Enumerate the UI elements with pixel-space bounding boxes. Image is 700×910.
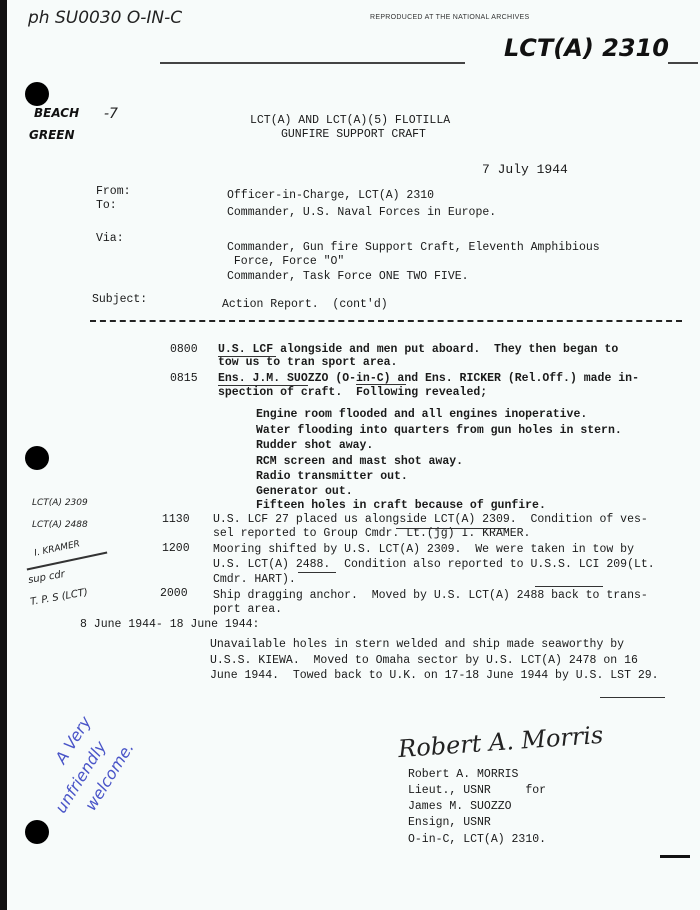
- entry-line: Ens. J.M. SUOZZO (O-in-C) and Ens. RICKE…: [218, 372, 639, 385]
- entry-line: spection of craft. Following revealed;: [218, 386, 487, 399]
- punch-hole-middle: [25, 446, 49, 470]
- entry-line: U.S. LCT(A) 2488. Condition also reporte…: [213, 558, 655, 571]
- finding-line: RCM screen and mast shot away.: [256, 455, 463, 468]
- underline-mark: [600, 697, 665, 698]
- underline-mark: [218, 385, 308, 386]
- underline-mark: [218, 356, 276, 357]
- punch-hole-top: [25, 82, 49, 106]
- period-line: June 1944. Towed back to U.K. on 17-18 J…: [210, 669, 659, 682]
- signature-line: James M. SUOZZO: [408, 800, 512, 813]
- via-line-3: Commander, Task Force ONE TWO FIVE.: [227, 270, 469, 283]
- signature-scrawl: Robert A. Morris: [397, 721, 604, 763]
- entry-line: Cmdr. HART).: [213, 573, 296, 586]
- period-line: U.S.S. KIEWA. Moved to Omaha sector by U…: [210, 654, 638, 667]
- margin-note: T. P. S (LCT): [29, 587, 88, 608]
- period-range: 8 June 1944- 18 June 1944:: [80, 618, 259, 631]
- finding-line: Generator out.: [256, 485, 353, 498]
- via-line-2: Force, Force "O": [227, 255, 344, 268]
- punch-hole-bottom: [25, 820, 49, 844]
- from-label: From:: [96, 185, 131, 198]
- margin-note-topleft: ph SU0030 O-IN-C: [28, 8, 182, 28]
- vessel-id-handwritten: LCT(A) 2310: [504, 34, 669, 62]
- entry-time: 1130: [162, 513, 190, 526]
- document-date: 7 July 1944: [482, 163, 568, 176]
- underline-mark: [356, 384, 406, 385]
- to-value: Commander, U.S. Naval Forces in Europe.: [227, 206, 496, 219]
- entry-time: 2000: [160, 587, 188, 600]
- top-rule-right: [668, 62, 698, 64]
- entry-time: 0815: [170, 372, 198, 385]
- finding-line: Engine room flooded and all engines inop…: [256, 408, 587, 421]
- underline-mark: [396, 528, 506, 529]
- entry-line: U.S. LCF 27 placed us alongside LCT(A) 2…: [213, 513, 648, 526]
- underline-mark: [535, 586, 603, 587]
- signature-line: Robert A. MORRIS: [408, 768, 518, 781]
- signature-line: O-in-C, LCT(A) 2310.: [408, 833, 546, 846]
- scan-border: [0, 0, 7, 910]
- entry-line: Mooring shifted by U.S. LCT(A) 2309. We …: [213, 543, 634, 556]
- beach-code: -7: [104, 106, 118, 122]
- margin-note: I. KRAMER: [33, 539, 80, 558]
- underline-mark: [298, 572, 336, 573]
- finding-line: Rudder shot away.: [256, 439, 373, 452]
- via-label: Via:: [96, 232, 124, 245]
- from-value: Officer-in-Charge, LCT(A) 2310: [227, 189, 434, 202]
- title-line-1: LCT(A) AND LCT(A)(5) FLOTILLA: [250, 114, 450, 127]
- signature-line: Ensign, USNR: [408, 816, 491, 829]
- to-label: To:: [96, 199, 117, 212]
- archive-stamp: REPRODUCED AT THE NATIONAL ARCHIVES: [370, 14, 529, 21]
- entry-line: tow us to tran sport area.: [218, 356, 397, 369]
- via-line-1: Commander, Gun fire Support Craft, Eleve…: [227, 241, 600, 254]
- margin-note: LCT(A) 2488: [32, 520, 88, 530]
- period-line: Unavailable holes in stern welded and sh…: [210, 638, 624, 651]
- subject-label: Subject:: [92, 293, 147, 306]
- beach-note-line1: BEACH: [34, 106, 79, 120]
- header-separator: [90, 320, 682, 322]
- signature-line: Lieut., USNR for: [408, 784, 546, 797]
- entry-time: 0800: [170, 343, 198, 356]
- subject-value: Action Report. (cont'd): [222, 298, 388, 311]
- title-line-2: GUNFIRE SUPPORT CRAFT: [281, 128, 426, 141]
- entry-line: Ship dragging anchor. Moved by U.S. LCT(…: [213, 589, 648, 602]
- finding-line: Fifteen holes in craft because of gunfir…: [256, 499, 546, 512]
- finding-line: Radio transmitter out.: [256, 470, 408, 483]
- beach-note-line2: GREEN: [29, 128, 75, 142]
- entry-time: 1200: [162, 542, 190, 555]
- top-rule: [160, 62, 465, 64]
- margin-note: sup cdr: [27, 569, 65, 586]
- entry-line: U.S. LCF alongside and men put aboard. T…: [218, 343, 618, 356]
- margin-note: LCT(A) 2309: [32, 498, 88, 508]
- entry-line: port area.: [213, 603, 282, 616]
- finding-line: Water flooding into quarters from gun ho…: [256, 424, 622, 437]
- corner-mark: [660, 855, 690, 858]
